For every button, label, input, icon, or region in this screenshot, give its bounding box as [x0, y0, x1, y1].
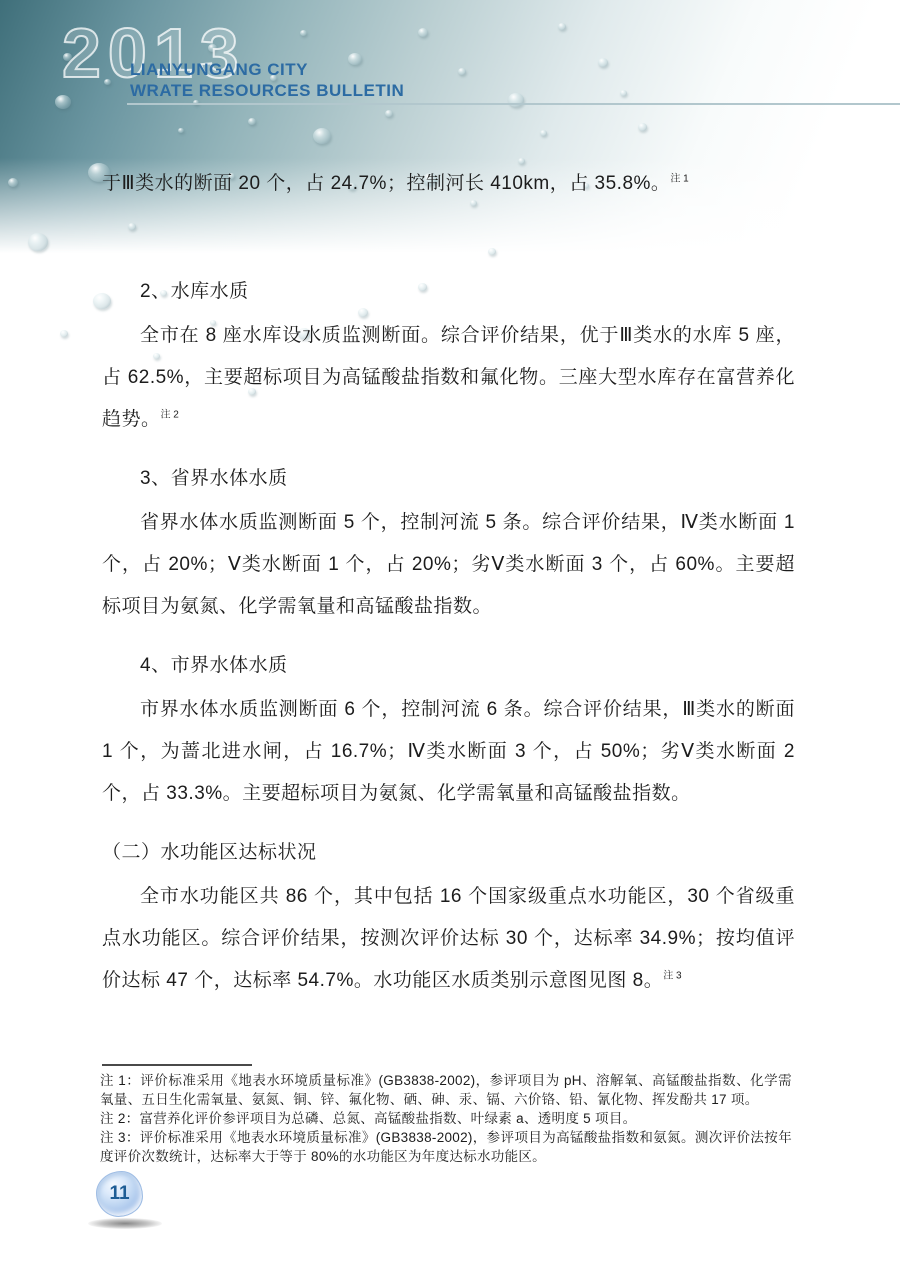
- bulletin-title-line2: WRATE RESOURCES BULLETIN: [130, 80, 404, 101]
- water-droplet-decoration: [385, 110, 393, 117]
- water-droplet-decoration: [598, 58, 608, 67]
- water-droplet-decoration: [248, 118, 256, 125]
- section-heading: 4、市界水体水质: [102, 645, 795, 687]
- water-droplet-decoration: [55, 95, 71, 109]
- water-droplet-decoration: [300, 30, 307, 36]
- section-paragraph: 市界水体水质监测断面 6 个，控制河流 6 条。综合评价结果，Ⅲ类水的断面 1 …: [102, 689, 795, 815]
- header-rule: [127, 103, 900, 105]
- section-paragraph: 省界水体水质监测断面 5 个，控制河流 5 条。综合评价结果，Ⅳ类水断面 1 个…: [102, 502, 795, 628]
- page-number-droplet: 11: [96, 1171, 143, 1217]
- water-droplet-decoration: [638, 123, 647, 131]
- page-number: 11: [109, 1183, 129, 1205]
- document-section: （二）水功能区达标状况 全市水功能区共 86 个，其中包括 16 个国家级重点水…: [102, 832, 795, 1002]
- footnote-ref-1: 注 1: [670, 174, 688, 185]
- water-droplet-decoration: [8, 178, 18, 187]
- water-droplet-decoration: [28, 233, 48, 251]
- footnotes: 注 1：评价标准采用《地表水环境质量标准》(GB3838-2002)，参评项目为…: [100, 1071, 792, 1166]
- water-droplet-decoration: [60, 330, 68, 337]
- page-droplet-shadow: [88, 1218, 162, 1229]
- water-droplet-decoration: [558, 23, 566, 30]
- document-body: 于Ⅲ类水的断面 20 个，占 24.7%；控制河长 410km，占 35.8%。…: [102, 163, 795, 1002]
- footnote-ref: 注 3: [663, 971, 681, 982]
- water-droplet-decoration: [620, 90, 627, 96]
- document-section: 4、市界水体水质 市界水体水质监测断面 6 个，控制河流 6 条。综合评价结果，…: [102, 645, 795, 815]
- footnote-item: 注 2：富营养化评价参评项目为总磷、总氮、高锰酸盐指数、叶绿素 a、透明度 5 …: [100, 1109, 792, 1128]
- footnote-separator: [102, 1064, 252, 1066]
- document-section: 3、省界水体水质 省界水体水质监测断面 5 个，控制河流 5 条。综合评价结果，…: [102, 458, 795, 628]
- water-droplet-decoration: [418, 28, 428, 37]
- bulletin-title-line1: LIANYUNGANG CITY: [130, 59, 404, 80]
- document-page: 2013 LIANYUNGANG CITY WRATE RESOURCES BU…: [0, 0, 900, 1272]
- footnote-item: 注 3：评价标准采用《地表水环境质量标准》(GB3838-2002)，参评项目为…: [100, 1128, 792, 1166]
- bulletin-title: LIANYUNGANG CITY WRATE RESOURCES BULLETI…: [130, 59, 404, 101]
- section-heading: 2、水库水质: [102, 271, 795, 313]
- sections-container: 2、水库水质 全市在 8 座水库设水质监测断面。综合评价结果，优于Ⅲ类水的水库 …: [102, 271, 795, 1002]
- document-section: 2、水库水质 全市在 8 座水库设水质监测断面。综合评价结果，优于Ⅲ类水的水库 …: [102, 271, 795, 441]
- footnote-ref: 注 2: [161, 410, 179, 421]
- water-droplet-decoration: [313, 128, 331, 144]
- section-paragraph: 全市水功能区共 86 个，其中包括 16 个国家级重点水功能区，30 个省级重点…: [102, 876, 795, 1002]
- section-paragraph: 全市在 8 座水库设水质监测断面。综合评价结果，优于Ⅲ类水的水库 5 座，占 6…: [102, 315, 795, 441]
- intro-line: 于Ⅲ类水的断面 20 个，占 24.7%；控制河长 410km，占 35.8%。…: [102, 163, 795, 205]
- section-heading: （二）水功能区达标状况: [102, 832, 795, 874]
- water-droplet-decoration: [458, 68, 466, 75]
- footnote-item: 注 1：评价标准采用《地表水环境质量标准》(GB3838-2002)，参评项目为…: [100, 1071, 792, 1109]
- intro-line-text: 于Ⅲ类水的断面 20 个，占 24.7%；控制河长 410km，占 35.8%。: [102, 173, 670, 194]
- water-droplet-decoration: [540, 130, 547, 136]
- section-heading: 3、省界水体水质: [102, 458, 795, 500]
- water-droplet-decoration: [178, 128, 184, 133]
